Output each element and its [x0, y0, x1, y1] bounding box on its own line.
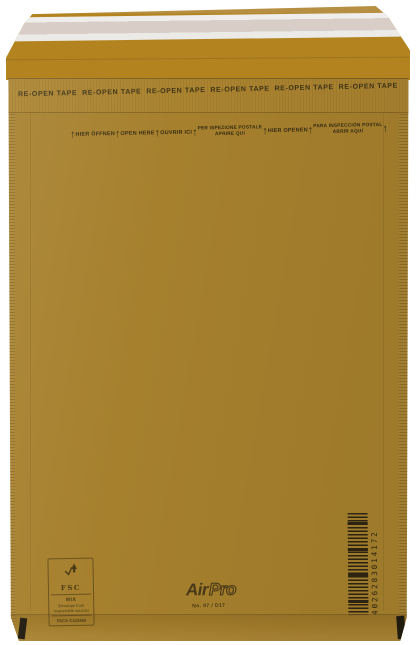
tape-label: RE-OPEN TAPE: [275, 84, 334, 92]
tape-label: RE-OPEN TAPE: [210, 86, 269, 94]
brand-pro: Pro: [209, 580, 236, 599]
open-here-instructions: ↑ HIER ÖFFNEN ↑ OPEN HERE ↑ OUVRIR ICI ↑…: [70, 119, 376, 145]
instruction-en: OPEN HERE: [120, 130, 154, 137]
tape-label: RE-OPEN TAPE: [339, 83, 398, 91]
crimped-edge-right: [399, 78, 410, 641]
envelope-body: RE-OPEN TAPE RE-OPEN TAPE RE-OPEN TAPE R…: [6, 78, 410, 641]
barcode-digits: 4026283014172: [370, 530, 380, 615]
instruction-de: HIER ÖFFNEN: [75, 131, 115, 138]
envelope-flap: [6, 6, 410, 80]
instruction-es: PARA INSPECCIÓN POSTAL ABRIR AQUÍ: [313, 123, 382, 136]
fsc-wordmark: FSC: [51, 583, 91, 593]
bottom-fold: [6, 614, 410, 641]
fsc-claim-line2: responsible sources: [51, 608, 91, 614]
instruction-it-line2: APRIRE QUI: [215, 132, 245, 139]
tape-label-row: RE-OPEN TAPE RE-OPEN TAPE RE-OPEN TAPE R…: [10, 83, 406, 99]
bubble-envelope: RE-OPEN TAPE RE-OPEN TAPE RE-OPEN TAPE R…: [0, 0, 416, 645]
tear-strip: RE-OPEN TAPE RE-OPEN TAPE RE-OPEN TAPE R…: [6, 78, 410, 113]
tape-label: RE-OPEN TAPE: [146, 87, 205, 95]
brand-wordmark: AirPro: [186, 580, 236, 600]
model-number: No. 97 / D17: [192, 603, 236, 610]
ean-barcode: 4026283014172: [346, 511, 385, 617]
crimped-edge-left: [6, 78, 15, 641]
arrow-up-icon: ↑: [382, 123, 388, 134]
instruction-it: PER ISPEZIONE POSTALE APRIRE QUI: [198, 125, 263, 138]
tape-label: RE-OPEN TAPE: [18, 90, 77, 98]
instruction-nl: HIER OPENEN: [268, 127, 308, 134]
corner-mark-right: [396, 616, 406, 640]
barcode-bars: [348, 513, 369, 615]
flap-crease-line: [6, 57, 410, 61]
instruction-es-line2: ABRIR AQUÍ: [333, 129, 363, 136]
crease-line-left: [30, 78, 31, 611]
adhesive-release-liner: [2, 12, 414, 41]
airpro-logo: AirPro No. 97 / D17: [186, 581, 236, 610]
tape-label: RE-OPEN TAPE: [82, 89, 141, 97]
fsc-tree-icon: [63, 562, 78, 577]
brand-air: Air: [186, 580, 208, 599]
instruction-fr: OUVRIR ICI: [160, 130, 192, 137]
product-photo: RE-OPEN TAPE RE-OPEN TAPE RE-OPEN TAPE R…: [0, 0, 416, 645]
